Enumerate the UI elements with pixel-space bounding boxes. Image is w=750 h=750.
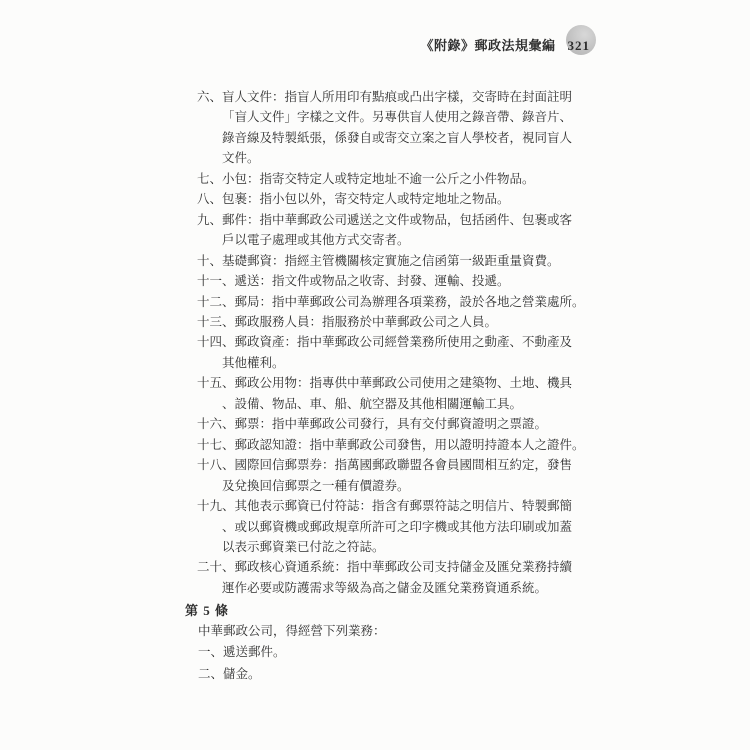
definition-item-line: 十一、遞送：指文件或物品之收寄、封發、運輸、投遞。 [197,271,617,291]
article-5-item: 二、儲金。 [185,664,605,685]
definition-item-continuation-line: 錄音線及特製紙張，係發自或寄交立案之盲人學校者，視同盲人 [197,128,617,148]
definition-item-line: 十九、其他表示郵資已付符誌：指含有郵票符誌之明信片、特製郵簡 [197,496,617,516]
article-5-items: 一、遞送郵件。二、儲金。 [185,642,605,684]
definition-item-continuation-line: 、設備、物品、車、船、航空器及其他相關運輸工具。 [197,394,617,414]
article-5-intro: 中華郵政公司，得經營下列業務： [185,621,605,642]
definition-item-line: 十二、郵局：指中華郵政公司為辦理各項業務，設於各地之營業處所。 [197,292,617,312]
definition-item-line: 十五、郵政公用物：指專供中華郵政公司使用之建築物、土地、機具 [197,373,617,393]
definition-item-line: 十四、郵政資產：指中華郵政公司經營業務所使用之動產、不動產及 [197,332,617,352]
definition-item-line: 十八、國際回信郵票券：指萬國郵政聯盟各會員國間相互約定，發售 [197,455,617,475]
page-header: 《附錄》郵政法規彙編321 [420,36,590,56]
page-number: 321 [568,38,591,53]
article-5-item: 一、遞送郵件。 [185,642,605,663]
definition-item-continuation-line: 其他權利。 [197,353,617,373]
definition-item-line: 十、基礎郵資：指經主管機關核定實施之信函第一級距重量資費。 [197,251,617,271]
definition-item-continuation-line: 以表示郵資業已付訖之符誌。 [197,537,617,557]
definition-item-line: 七、小包：指寄交特定人或特定地址不逾一公斤之小件物品。 [197,169,617,189]
book-title: 《附錄》郵政法規彙編 [420,38,555,53]
definition-item-continuation-line: 「盲人文件」字樣之文件。另專供盲人使用之錄音帶、錄音片、 [197,107,617,127]
definition-item-continuation-line: 及兌換回信郵票之一種有價證券。 [197,476,617,496]
definition-item-line: 八、包裹：指小包以外，寄交特定人或特定地址之物品。 [197,189,617,209]
definition-item-continuation-line: 運作必要或防護需求等級為高之儲金及匯兌業務資通系統。 [197,578,617,598]
definition-item-continuation-line: 、或以郵資機或郵政規章所許可之印字機或其他方法印刷或加蓋 [197,517,617,537]
definition-item-line: 十三、郵政服務人員：指服務於中華郵政公司之人員。 [197,312,617,332]
definition-item-line: 九、郵件：指中華郵政公司遞送之文件或物品，包括函件、包裹或客 [197,210,617,230]
definition-item-line: 二十、郵政核心資通系統：指中華郵政公司支持儲金及匯兌業務持續 [197,557,617,577]
article-5-section: 第 5 條 中華郵政公司，得經營下列業務： 一、遞送郵件。二、儲金。 [185,600,605,685]
definition-item-continuation-line: 文件。 [197,148,617,168]
definition-item-continuation-line: 戶以電子處理或其他方式交寄者。 [197,230,617,250]
book-page: 《附錄》郵政法規彙編321 六、盲人文件：指盲人所用印有點痕或凸出字樣，交寄時在… [0,0,750,750]
definition-item-line: 六、盲人文件：指盲人所用印有點痕或凸出字樣，交寄時在封面註明 [197,87,617,107]
article-5-heading: 第 5 條 [185,600,605,621]
definitions-list: 六、盲人文件：指盲人所用印有點痕或凸出字樣，交寄時在封面註明「盲人文件」字樣之文… [197,87,617,598]
definition-item-line: 十七、郵政認知證：指中華郵政公司發售，用以證明持證本人之證件。 [197,435,617,455]
definition-item-line: 十六、郵票：指中華郵政公司發行，具有交付郵資證明之票證。 [197,414,617,434]
